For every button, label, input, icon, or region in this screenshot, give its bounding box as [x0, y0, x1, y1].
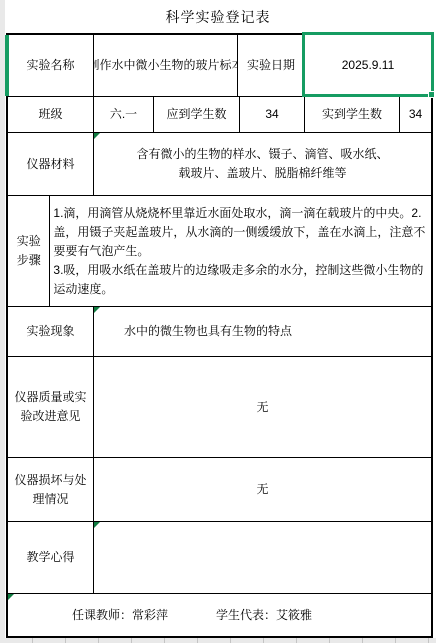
table-row: 仪器损坏与处理情况 无	[8, 458, 431, 522]
teaching-notes-value-cell[interactable]	[94, 522, 431, 593]
materials-label-cell[interactable]: 仪器材料	[8, 133, 94, 195]
table-row: 教学心得	[8, 522, 431, 594]
damage-value-cell[interactable]: 无	[94, 458, 431, 521]
materials-value-cell[interactable]: 含有微小的生物的样水、镊子、滴管、吸水纸、 载玻片、盖玻片、脱脂棉纤维等	[94, 133, 431, 195]
table-row: 任课教师：常彩萍 学生代表：艾筱雅	[8, 594, 431, 636]
table-row: 班级 六.一 应到学生数 34 实到学生数 34	[8, 97, 431, 133]
student-label: 学生代表：	[216, 608, 276, 622]
phenomenon-label-cell[interactable]: 实验现象	[8, 307, 94, 356]
teacher-signature: 任课教师：常彩萍	[72, 606, 168, 625]
steps-value: 1.滴，用滴管从烧烧杯里靠近水面处取水，滴一滴在载玻片的中央。2.盖，用镊子夹起…	[53, 204, 428, 299]
teacher-label: 任课教师：	[72, 608, 132, 622]
damage-label-cell[interactable]: 仪器损坏与处理情况	[8, 458, 94, 521]
teaching-notes-label-cell[interactable]: 教学心得	[8, 522, 94, 593]
student-name: 艾筱雅	[276, 608, 312, 622]
damage-value: 无	[256, 480, 268, 499]
signatures-cell[interactable]: 任课教师：常彩萍 学生代表：艾筱雅	[8, 594, 431, 636]
damage-label: 仪器损坏与处理情况	[11, 471, 90, 509]
row-header-selection-accent	[5, 35, 9, 96]
steps-value-cell[interactable]: 1.滴，用滴管从烧烧杯里靠近水面处取水，滴一滴在载玻片的中央。2.盖，用镊子夹起…	[50, 196, 431, 306]
phenomenon-value: 水中的微生物也具有生物的特点	[124, 322, 292, 341]
table-row: 仪器质量或实验改进意见 无	[8, 357, 431, 458]
fill-handle[interactable]	[428, 91, 435, 98]
experiment-date-label-cell[interactable]: 实验日期	[238, 35, 305, 96]
materials-value: 含有微小的生物的样水、镊子、滴管、吸水纸、 载玻片、盖玻片、脱脂棉纤维等	[136, 145, 388, 183]
table-row: 实验步骤 1.滴，用滴管从烧烧杯里靠近水面处取水，滴一滴在载玻片的中央。2.盖，…	[8, 196, 431, 307]
experiment-name-value: 制作水中微小生物的玻片标本	[94, 56, 238, 75]
table-row: 仪器材料 含有微小的生物的样水、镊子、滴管、吸水纸、 载玻片、盖玻片、脱脂棉纤维…	[8, 133, 431, 196]
expected-students-value-cell[interactable]: 34	[240, 97, 305, 132]
teacher-name: 常彩萍	[132, 608, 168, 622]
experiment-name-label-cell[interactable]: 实验名称	[8, 35, 94, 96]
cell-error-indicator-icon	[94, 307, 100, 313]
grid-below-table	[0, 638, 436, 643]
class-label: 班级	[38, 105, 62, 124]
cell-error-indicator-icon	[94, 522, 100, 528]
steps-label-cell[interactable]: 实验步骤	[8, 196, 50, 306]
expected-students-value: 34	[265, 105, 278, 124]
class-value-cell[interactable]: 六.一	[94, 97, 154, 132]
experiment-form-table: 实验名称 制作水中微小生物的玻片标本 实验日期 2025.9.11 班级 六.一…	[6, 33, 433, 638]
page-title: 科学实验登记表	[0, 7, 436, 27]
class-label-cell[interactable]: 班级	[8, 97, 94, 132]
experiment-name-label: 实验名称	[26, 56, 74, 75]
actual-students-label: 实到学生数	[322, 105, 382, 124]
quality-feedback-label: 仪器质量或实验改进意见	[11, 388, 90, 426]
row-header-strip	[0, 0, 5, 643]
student-signature: 学生代表：艾筱雅	[216, 606, 312, 625]
expected-students-label: 应到学生数	[166, 105, 226, 124]
cell-error-indicator-icon	[8, 594, 14, 600]
actual-students-value: 34	[409, 105, 422, 124]
class-value: 六.一	[110, 105, 137, 124]
table-row: 实验现象 水中的微生物也具有生物的特点	[8, 307, 431, 357]
steps-label: 实验步骤	[11, 232, 46, 270]
phenomenon-value-cell[interactable]: 水中的微生物也具有生物的特点	[94, 307, 431, 356]
actual-students-value-cell[interactable]: 34	[400, 97, 431, 132]
selected-cell-border[interactable]	[302, 32, 434, 97]
experiment-name-value-cell[interactable]: 制作水中微小生物的玻片标本	[94, 35, 238, 96]
quality-feedback-value: 无	[256, 398, 268, 417]
expected-students-label-cell[interactable]: 应到学生数	[154, 97, 240, 132]
materials-label: 仪器材料	[26, 155, 74, 174]
cell-error-indicator-icon	[94, 133, 100, 139]
experiment-date-label: 实验日期	[247, 56, 295, 75]
teaching-notes-label: 教学心得	[26, 548, 74, 567]
quality-feedback-label-cell[interactable]: 仪器质量或实验改进意见	[8, 357, 94, 457]
actual-students-label-cell[interactable]: 实到学生数	[305, 97, 400, 132]
phenomenon-label: 实验现象	[26, 322, 74, 341]
quality-feedback-value-cell[interactable]: 无	[94, 357, 431, 457]
